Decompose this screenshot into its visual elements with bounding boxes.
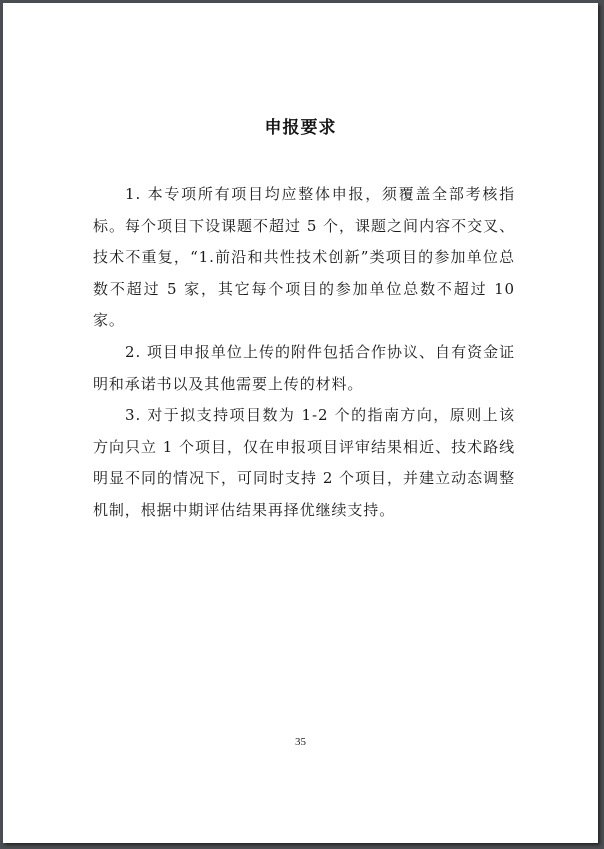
section-title: 申报要求: [3, 113, 598, 138]
document-body: 1. 本专项所有项目均应整体申报，须覆盖全部考核指标。每个项目下设课题不超过 5…: [93, 179, 515, 527]
document-page: 申报要求 1. 本专项所有项目均应整体申报，须覆盖全部考核指标。每个项目下设课题…: [3, 3, 598, 843]
page-number: 35: [3, 736, 598, 748]
requirement-paragraph-2: 2. 项目申报单位上传的附件包括合作协议、自有资金证明和承诺书以及其他需要上传的…: [93, 337, 515, 400]
requirement-paragraph-3: 3. 对于拟支持项目数为 1-2 个的指南方向，原则上该方向只立 1 个项目，仅…: [93, 400, 515, 526]
requirement-paragraph-1: 1. 本专项所有项目均应整体申报，须覆盖全部考核指标。每个项目下设课题不超过 5…: [93, 179, 515, 337]
